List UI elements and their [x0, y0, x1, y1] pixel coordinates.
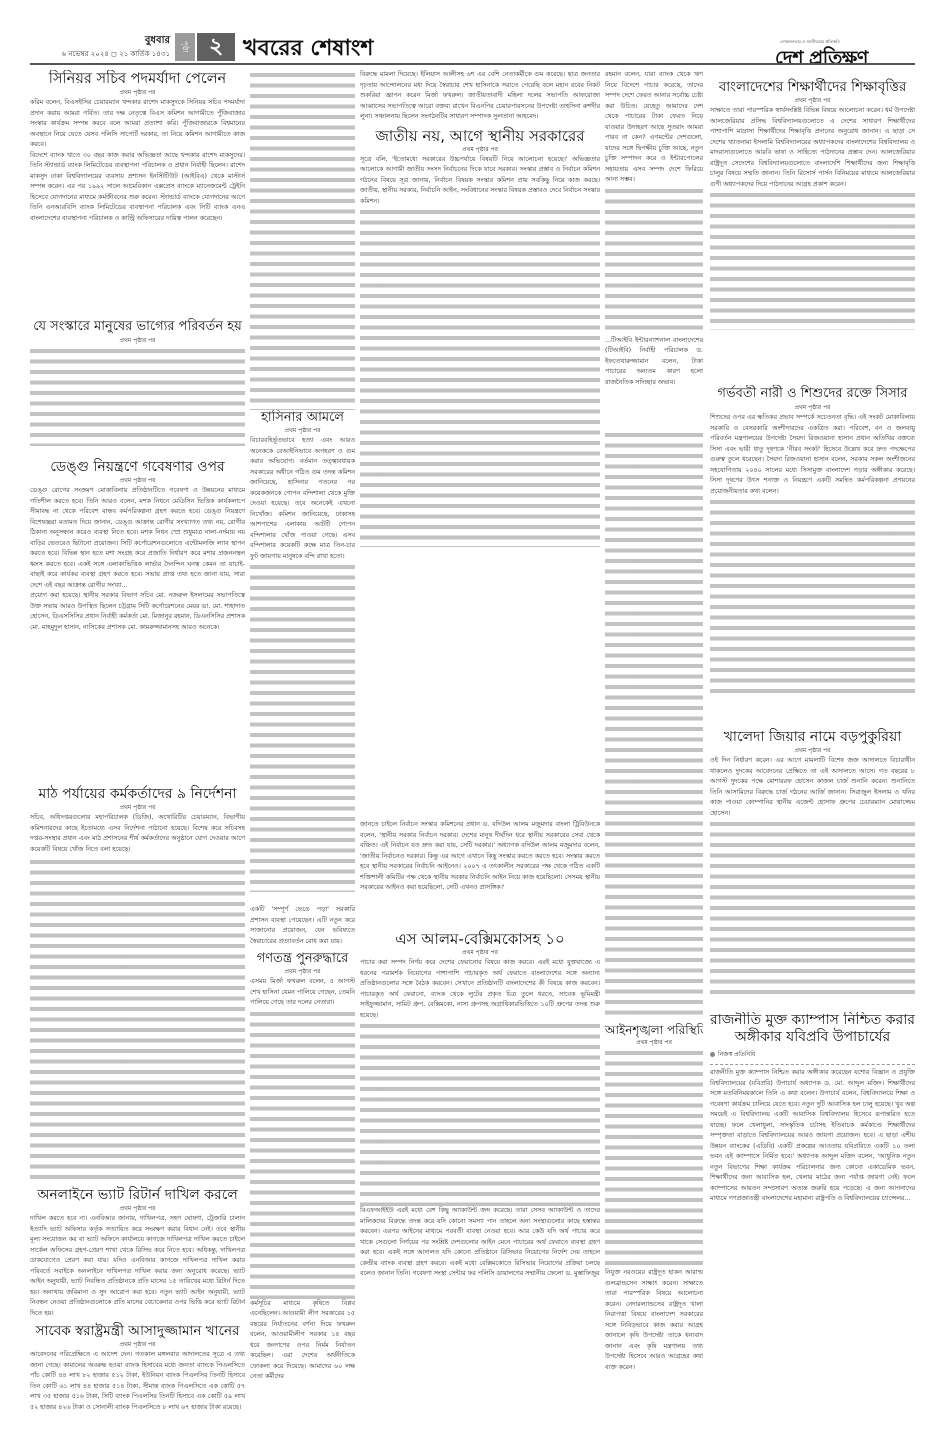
article-body-continued — [710, 819, 915, 999]
article-body: ডেঙ্গু রোগের সংক্রমণ মোকাবিলায় প্রতিষ্ঠ… — [30, 486, 245, 633]
article-body: বিচারবহির্ভূতভাবে হত্যা এবং আরও অনেককে ব… — [250, 436, 355, 562]
article-body: সচিব, অধিদপ্তরগুলোর মহাপরিচালক (ডিজি), অ… — [30, 813, 245, 855]
article-dengue: ডেঙ্গু নিয়ন্ত্রণে গবেষণার ওপর প্রথম পৃষ… — [30, 458, 245, 758]
article-headline: এস আলম-বেক্সিমকোসহ ১০ — [360, 930, 600, 948]
continuation-text — [250, 70, 355, 410]
article-law-order: আইনশৃঙ্খলা পরিস্থিতির প্রথম পৃষ্ঠার পর ন… — [605, 1022, 703, 1432]
article-politics-free-campus: রাজনীতি মুক্ত ক্যাম্পাস নিশ্চিত করার অঙ্… — [710, 1012, 915, 1432]
article-kicker: প্রথম পৃষ্ঠার পর — [250, 967, 355, 976]
article-kicker: প্রথম পৃষ্ঠার পর — [360, 145, 600, 154]
article-body: ওই দিন নির্ধারণ করেন। এর আগে মামলাটি বিশ… — [710, 756, 915, 819]
article-body: শিশুদের ওপর এর ক্ষতিকর প্রভাব সম্পর্কে স… — [710, 413, 915, 497]
article-lead-poisoning: গর্ভবতী নারী ও শিশুদের রক্তে সিসার প্রথম… — [710, 385, 915, 725]
page-number-badge: ২ — [197, 33, 235, 61]
article-headline: গর্ভবতী নারী ও শিশুদের রক্তে সিসার — [710, 385, 915, 403]
article-kicker: প্রথম পৃষ্ঠার পর — [360, 948, 600, 957]
article-headline: বাংলাদেশের শিক্ষার্থীদের শিক্ষাবৃত্তির — [710, 78, 915, 96]
article-tail: বিএফআইইউ এরই মধ্যে বেশ কিছু অ্যাকাউন্ট জ… — [360, 1206, 600, 1280]
article-headline: সাবেক স্বরাষ্ট্রমন্ত্রী আসাদুজ্জামান খান… — [30, 1322, 245, 1340]
article-kicker: প্রথম পৃষ্ঠার পর — [710, 96, 915, 105]
column-continuation-1 — [250, 70, 355, 410]
masthead: বুধবার ৬ নভেম্বর ২০২৪ ◻ ২১ কার্তিক ১৪৩১ … — [0, 0, 945, 64]
article-headline: সিনিয়র সচিব পদমর্যাদা পেলেন — [30, 70, 245, 88]
article-senior-secretary: সিনিয়র সচিব পদমর্যাদা পেলেন প্রথম পৃষ্ঠ… — [30, 70, 245, 280]
brand-logo: দেশ প্রতিক্ষণ — [775, 44, 868, 76]
article-tail: কর্মসূচির মাধ্যমে কৃষিতে বিপ্লব এনেছিলেন… — [250, 1299, 355, 1383]
article-kicker: প্রথম পৃষ্ঠার পর — [30, 336, 245, 345]
article-kicker: প্রথম পৃষ্ঠার পর — [710, 746, 915, 755]
article-headline-line1: রাজনীতি মুক্ত ক্যাম্পাস নিশ্চিত করার — [710, 1012, 915, 1029]
article-body: সাক্ষাতে তারা পারস্পরিক স্বার্থসংশ্লিষ্ট… — [710, 106, 915, 190]
article-lead: রহমান বলেন, যারা ব্যাংক থেকে ঋণ নিয়ে বি… — [605, 70, 703, 186]
article-pre-text: একটি 'সম্পূর্ণ ভেঙে পড়া' সরকারি প্রশাসন… — [250, 905, 355, 947]
masthead-date: ৬ নভেম্বর ২০২৪ ◻ ২১ কার্তিক ১৪৩১ — [30, 48, 170, 60]
article-body: দাখিল করতে হবে না। এনবিআর জানায়, দাখিলপ… — [30, 1214, 245, 1319]
article-democracy-restore: একটি 'সম্পূর্ণ ভেঙে পড়া' সরকারি প্রশাসন… — [250, 905, 355, 1425]
article-body-continued — [30, 857, 245, 1185]
article-body-continued — [360, 207, 600, 547]
article-kicker: প্রথম পৃষ্ঠার পর — [30, 1340, 245, 1349]
article-kicker: প্রথম পৃষ্ঠার পর — [30, 803, 245, 812]
article-kicker: প্রথম পৃষ্ঠার পর — [605, 1038, 703, 1047]
page-word-label: পৃষ্ঠা — [175, 33, 195, 61]
article-headline: যে সংস্কারে মানুষের ভাগ্যের পরিবর্তন হয় — [30, 318, 245, 336]
article-body-continued — [710, 497, 915, 697]
article-headline: হাসিনার আমলে — [250, 410, 355, 426]
column-continuation-4 — [605, 430, 703, 1020]
article-student-scholarship: বাংলাদেশের শিক্ষার্থীদের শিক্ষাবৃত্তির প… — [710, 78, 915, 383]
article-reform-fate: যে সংস্কারে মানুষের ভাগ্যের পরিবর্তন হয়… — [30, 318, 245, 453]
article-kicker: প্রথম পৃষ্ঠার পর — [30, 88, 245, 97]
article-money-laundering: রহমান বলেন, যারা ব্যাংক থেকে ঋণ নিয়ে বি… — [605, 70, 703, 425]
article-quote-text: জানতে চাইলে নির্বাচন সংস্কার কমিশনের প্র… — [360, 820, 600, 894]
article-body-continued — [360, 1021, 600, 1206]
article-body: আবেদনের পরিপ্রেক্ষিতে এ আদেশ দেন। গতকাল … — [30, 1350, 245, 1413]
article-body-continued — [250, 562, 355, 892]
continuation-text — [605, 430, 703, 1020]
article-tail: ...টিআইবি ইন্টারন্যাশনাল বাংলাদেশের (টিআ… — [605, 336, 703, 389]
article-online-vat: অনলাইনে ভ্যাট রিটার্ন দাখিল করলে প্রথম প… — [30, 1186, 245, 1331]
article-kicker: প্রথম পৃষ্ঠার পর — [30, 1204, 245, 1213]
article-headline: খালেদা জিয়ার নামে বড়পুকুরিয়া — [710, 728, 915, 746]
article-khaleda-barapukuria: খালেদা জিয়ার নামে বড়পুকুরিয়া প্রথম পৃ… — [710, 728, 915, 1008]
article-headline: ডেঙ্গু নিয়ন্ত্রণে গবেষণার ওপর — [30, 458, 245, 476]
article-headline: জাতীয় নয়, আগে স্থানীয় সরকারের — [360, 127, 600, 145]
byline-bullet-icon — [710, 1052, 715, 1057]
byline-divider — [710, 1064, 915, 1065]
article-body: রাজনীতি মুক্ত ক্যাম্পাস নিশ্চিত করার অঙ্… — [710, 1068, 915, 1205]
article-body-text — [30, 346, 245, 446]
article-kicker: প্রথম পৃষ্ঠার পর — [30, 476, 245, 485]
article-body: পাচার করা সম্পদ নির্ণয় করে দেশের ফেরানো… — [360, 958, 600, 1021]
masthead-divider — [30, 63, 915, 65]
article-byline: নিজস্ব প্রতিনিধি — [710, 1049, 915, 1060]
article-local-govt-quote: জানতে চাইলে নির্বাচন সংস্কার কমিশনের প্র… — [360, 820, 600, 930]
article-body-continued — [250, 1009, 355, 1299]
article-field-officers: মাঠ পর্যায়ের কর্মকর্তাদের ৯ নির্দেশনা প… — [30, 785, 245, 1185]
article-local-govt: বিরুদ্ধে মামলা দিয়েছে। ইলিয়াস আলীসহ ৬শ… — [360, 70, 600, 660]
article-headline: গণতন্ত্র পুনরুদ্ধারে — [250, 951, 355, 967]
article-former-home-minister: সাবেক স্বরাষ্ট্রমন্ত্রী আসাদুজ্জামান খান… — [30, 1322, 245, 1417]
article-pre-text: বিরুদ্ধে মামলা দিয়েছে। ইলিয়াস আলীসহ ৬শ… — [360, 70, 600, 123]
article-body: করিম বলেন, বিএসইসির চেয়ারম্যান খন্দকার … — [30, 98, 245, 224]
article-body-text — [605, 1048, 703, 1268]
article-s-alam-beximco: এস আলম-বেক্সিমকোসহ ১০ প্রথম পৃষ্ঠার পর প… — [360, 930, 600, 1430]
article-headline-line2: অঙ্গীকার যবিপ্রবি উপাচার্যের — [710, 1029, 915, 1046]
article-kicker: প্রথম পৃষ্ঠার পর — [250, 426, 355, 435]
article-headline: আইনশৃঙ্খলা পরিস্থিতির — [605, 1022, 703, 1038]
article-body-continued — [605, 186, 703, 336]
article-body: নিযুক্ত নরওয়ের রাষ্ট্রদূত হাকন আরাল্ড গ… — [605, 1268, 703, 1373]
article-body: সূত্রে বলি, 'ইতোমধ্যে সরকারের উচ্চপর্যায… — [360, 155, 600, 208]
article-headline: অনলাইনে ভ্যাট রিটার্ন দাখিল করলে — [30, 1186, 245, 1204]
article-body-continued — [710, 190, 915, 330]
article-headline: মাঠ পর্যায়ের কর্মকর্তাদের ৯ নির্দেশনা — [30, 785, 245, 803]
article-hasina-era: হাসিনার আমলে প্রথম পৃষ্ঠার পর বিচারবহির্… — [250, 410, 355, 905]
article-body: এসময় মির্জা ফখরুল বলেন, ৫ আগস্ট শেখ হাস… — [250, 977, 355, 1009]
article-kicker: প্রথম পৃষ্ঠার পর — [710, 403, 915, 412]
